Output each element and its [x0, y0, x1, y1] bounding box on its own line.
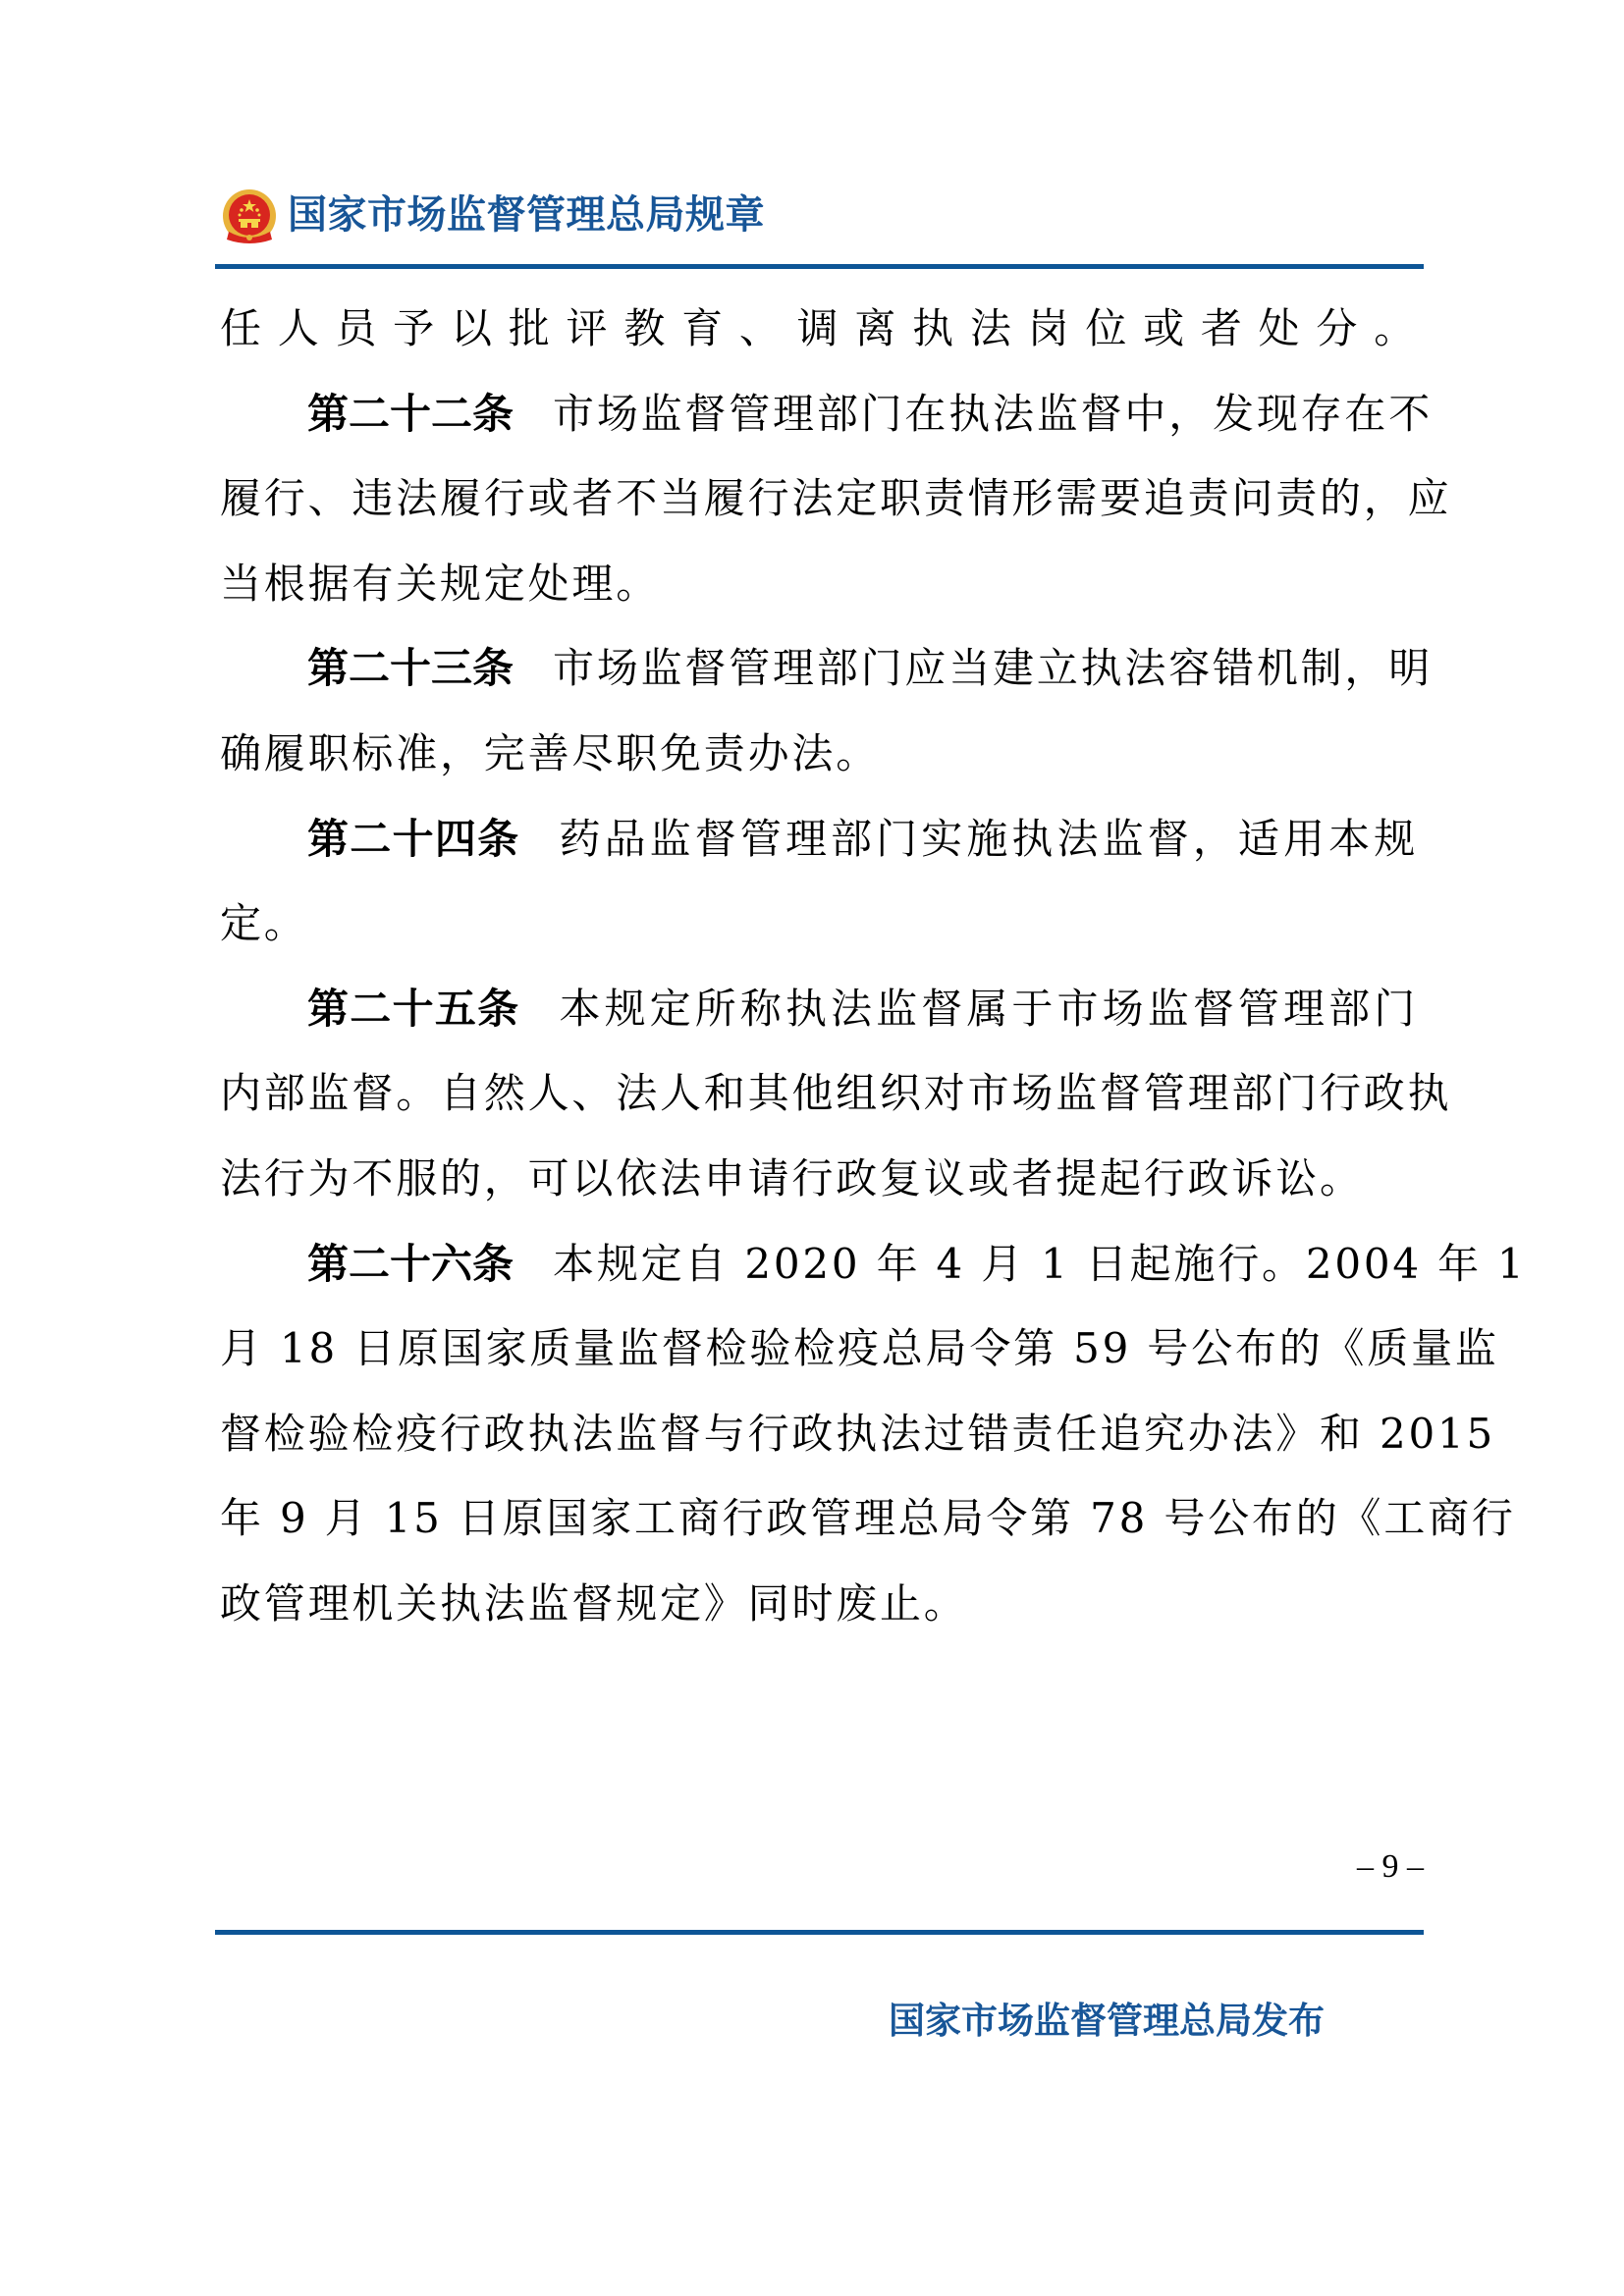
- article-24-heading-line: 第二十四条药品监督管理部门实施执法监督，适用本规: [220, 797, 1418, 882]
- line-text: 定。: [220, 899, 308, 947]
- text-line: 政管理机关执法监督规定》同时废止。: [220, 1562, 1418, 1647]
- national-emblem-icon: [221, 188, 278, 245]
- text-line: 督检验检疫行政执法监督与行政执法过错责任追究办法》和 2015: [220, 1392, 1418, 1477]
- article-26-heading-line: 第二十六条本规定自 2020 年 4 月 1 日起施行。2004 年 1: [220, 1222, 1418, 1308]
- line-text: 确履职标准，完善尽职免责办法。: [220, 729, 880, 777]
- text-line: 内部监督。自然人、法人和其他组织对市场监督管理部门行政执: [220, 1051, 1418, 1137]
- text-line: 确履职标准，完善尽职免责办法。: [220, 712, 1418, 797]
- line-text: 当根据有关规定处理。: [220, 560, 660, 608]
- page-number: – 9 –: [1326, 1845, 1424, 1889]
- line-text: 本规定所称执法监督属于市场监督管理部门: [559, 985, 1418, 1033]
- text-line: 当根据有关规定处理。: [220, 542, 1418, 627]
- text-line: 年 9 月 15 日原国家工商行政管理总局令第 78 号公布的《工商行: [220, 1476, 1418, 1562]
- article-number: 第二十二条: [307, 390, 514, 438]
- line-text: 任人员予以批评教育、调离执法岗位或者处分。: [220, 304, 1418, 352]
- line-text: 市场监督管理部门应当建立执法容错机制，明: [553, 644, 1433, 692]
- article-number: 第二十五条: [307, 985, 519, 1033]
- text-line: 任人员予以批评教育、调离执法岗位或者处分。: [220, 287, 1418, 372]
- line-text: 月 18 日原国家质量监督检验检疫总局令第 59 号公布的《质量监: [220, 1324, 1499, 1372]
- line-text: 本规定自 2020 年 4 月 1 日起施行。2004 年 1: [553, 1240, 1527, 1288]
- header-divider: [215, 264, 1424, 269]
- article-23-heading-line: 第二十三条市场监督管理部门应当建立执法容错机制，明: [220, 626, 1418, 712]
- text-line: 定。: [220, 881, 1418, 967]
- document-body: 任人员予以批评教育、调离执法岗位或者处分。 第二十二条市场监督管理部门在执法监督…: [220, 287, 1418, 1647]
- article-number: 第二十三条: [307, 644, 514, 692]
- document-header: 国家市场监督管理总局规章: [215, 183, 1424, 251]
- line-text: 市场监督管理部门在执法监督中，发现存在不: [553, 390, 1433, 438]
- line-text: 政管理机关执法监督规定》同时废止。: [220, 1579, 968, 1628]
- line-text: 内部监督。自然人、法人和其他组织对市场监督管理部门行政执: [220, 1069, 1451, 1117]
- line-text: 法行为不服的，可以依法申请行政复议或者提起行政诉讼。: [220, 1154, 1364, 1202]
- article-number: 第二十六条: [307, 1240, 514, 1288]
- text-line: 履行、违法履行或者不当履行法定职责情形需要追责问责的，应: [220, 456, 1418, 542]
- footer-divider: [215, 1930, 1424, 1935]
- text-line: 月 18 日原国家质量监督检验检疫总局令第 59 号公布的《质量监: [220, 1307, 1418, 1392]
- line-text: 药品监督管理部门实施执法监督，适用本规: [559, 815, 1418, 863]
- article-22-heading-line: 第二十二条市场监督管理部门在执法监督中，发现存在不: [220, 372, 1418, 457]
- line-text: 督检验检疫行政执法监督与行政执法过错责任追究办法》和 2015: [220, 1410, 1495, 1458]
- article-number: 第二十四条: [307, 815, 519, 863]
- line-text: 履行、违法履行或者不当履行法定职责情形需要追责问责的，应: [220, 474, 1451, 522]
- text-line: 法行为不服的，可以依法申请行政复议或者提起行政诉讼。: [220, 1137, 1418, 1222]
- article-25-heading-line: 第二十五条本规定所称执法监督属于市场监督管理部门: [220, 967, 1418, 1052]
- footer-publisher: 国家市场监督管理总局发布: [889, 1997, 1325, 2046]
- line-text: 年 9 月 15 日原国家工商行政管理总局令第 78 号公布的《工商行: [220, 1494, 1516, 1542]
- header-title: 国家市场监督管理总局规章: [288, 191, 765, 239]
